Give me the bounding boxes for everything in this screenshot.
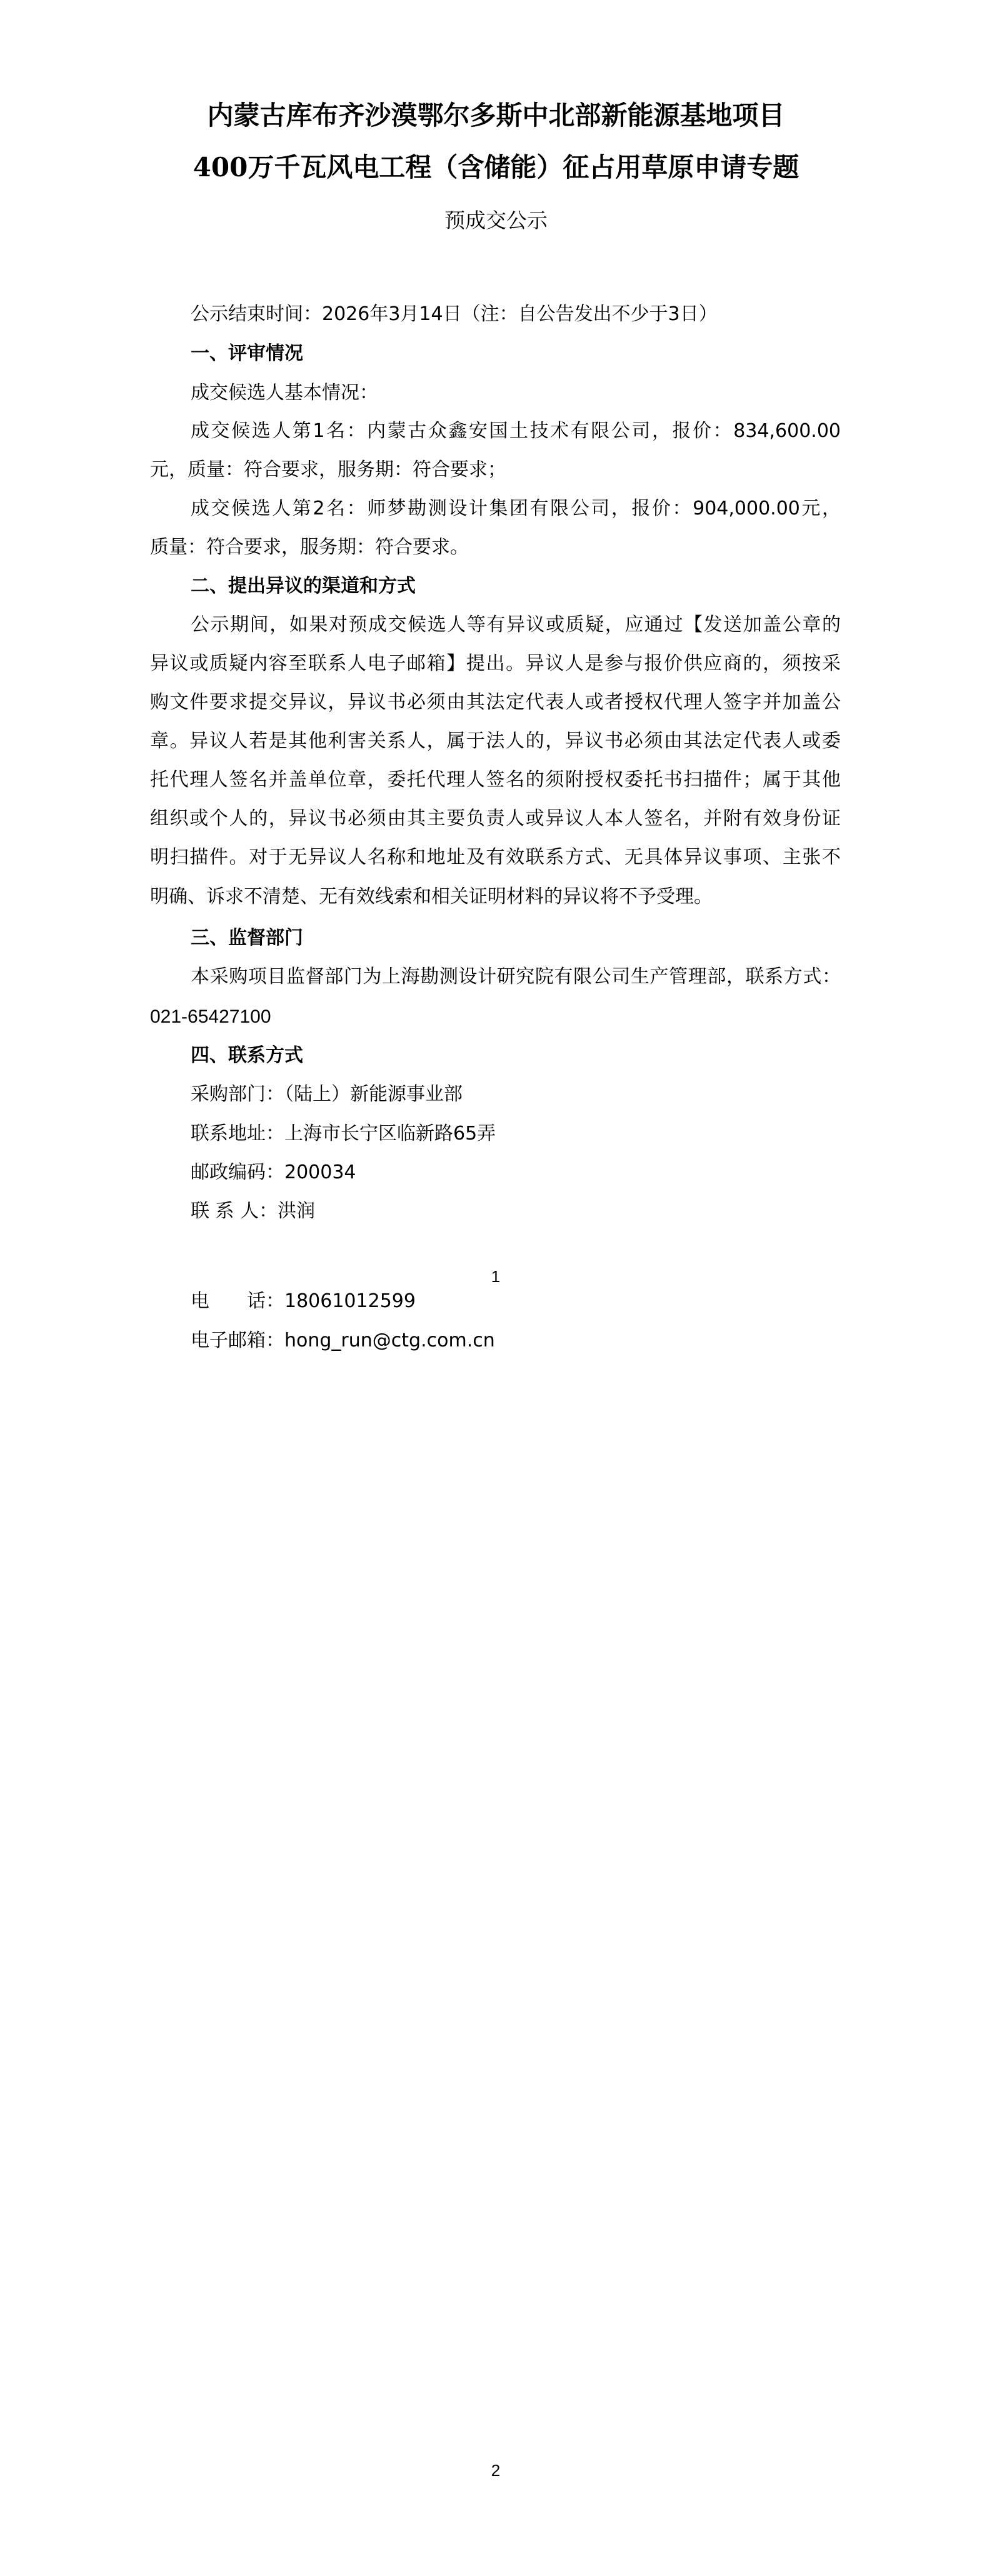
candidate-2-line-2: 质量：符合要求，服务期：符合要求。 [150, 535, 469, 560]
candidate-1-line-2: 元，质量：符合要求，服务期：符合要求； [150, 458, 506, 483]
candidate-2-line-1: 成交候选人第2名：师梦勘测设计集团有限公司，报价：904,000.00元， [191, 496, 841, 521]
contact-postcode: 邮政编码：200034 [191, 1160, 356, 1185]
announcement-end-time: 公示结束时间：2026年3月14日（注：自公告发出不少于3日） [191, 302, 718, 327]
title-line-1: 内蒙古库布齐沙漠鄂尔多斯中北部新能源基地项目 [0, 98, 992, 133]
document-page: 内蒙古库布齐沙漠鄂尔多斯中北部新能源基地项目 400万千瓦风电工程（含储能）征占… [0, 0, 992, 2576]
objection-line: 异议或质疑内容至联系人电子邮箱】提出。异议人是参与报价供应商的，须按采 [150, 651, 841, 676]
contact-email[interactable]: 电子邮箱：hong_run@ctg.com.cn [191, 1328, 495, 1353]
objection-line: 章。异议人若是其他利害关系人，属于法人的，异议书必须由其法定代表人或委 [150, 729, 841, 754]
contact-phone: 电 话：18061012599 [191, 1289, 416, 1314]
objection-line: 公示期间，如果对预成交候选人等有异议或质疑，应通过【发送加盖公章的 [191, 613, 841, 638]
contact-department: 采购部门：（陆上）新能源事业部 [191, 1082, 463, 1107]
section-heading-supervision: 三、监督部门 [191, 926, 303, 951]
page-number-2: 2 [483, 2461, 508, 2480]
contact-person: 联 系 人：洪润 [191, 1199, 315, 1224]
subtitle: 预成交公示 [0, 207, 992, 234]
contact-address: 联系地址：上海市长宁区临新路65弄 [191, 1121, 496, 1146]
page-number-1: 1 [483, 1267, 508, 1286]
objection-line: 明确、诉求不清楚、无有效线索和相关证明材料的异议将不予受理。 [150, 885, 713, 910]
objection-line: 托代理人签名并盖单位章，委托代理人签名的须附授权委托书扫描件；属于其他 [150, 768, 841, 793]
section-heading-objection: 二、提出异议的渠道和方式 [191, 574, 416, 599]
objection-line: 购文件要求提交异议，异议书必须由其法定代表人或者授权代理人签字并加盖公 [150, 690, 841, 715]
supervision-department: 本采购项目监督部门为上海勘测设计研究院有限公司生产管理部，联系方式： [191, 965, 841, 990]
supervision-phone: 021-65427100 [150, 1005, 271, 1030]
objection-line: 明扫描件。对于无异议人名称和地址及有效联系方式、无具体异议事项、主张不 [150, 845, 841, 870]
candidate-1-line-1: 成交候选人第1名：内蒙古众鑫安国土技术有限公司，报价：834,600.00 [191, 419, 841, 444]
section-heading-review: 一、评审情况 [191, 341, 303, 366]
candidates-intro: 成交候选人基本情况： [191, 381, 378, 406]
title-line-2: 400万千瓦风电工程（含储能）征占用草原申请专题 [0, 150, 992, 185]
objection-line: 组织或个人的，异议书必须由其主要负责人或异议人本人签名，并附有效身份证 [150, 806, 841, 831]
section-heading-contact: 四、联系方式 [191, 1043, 303, 1068]
